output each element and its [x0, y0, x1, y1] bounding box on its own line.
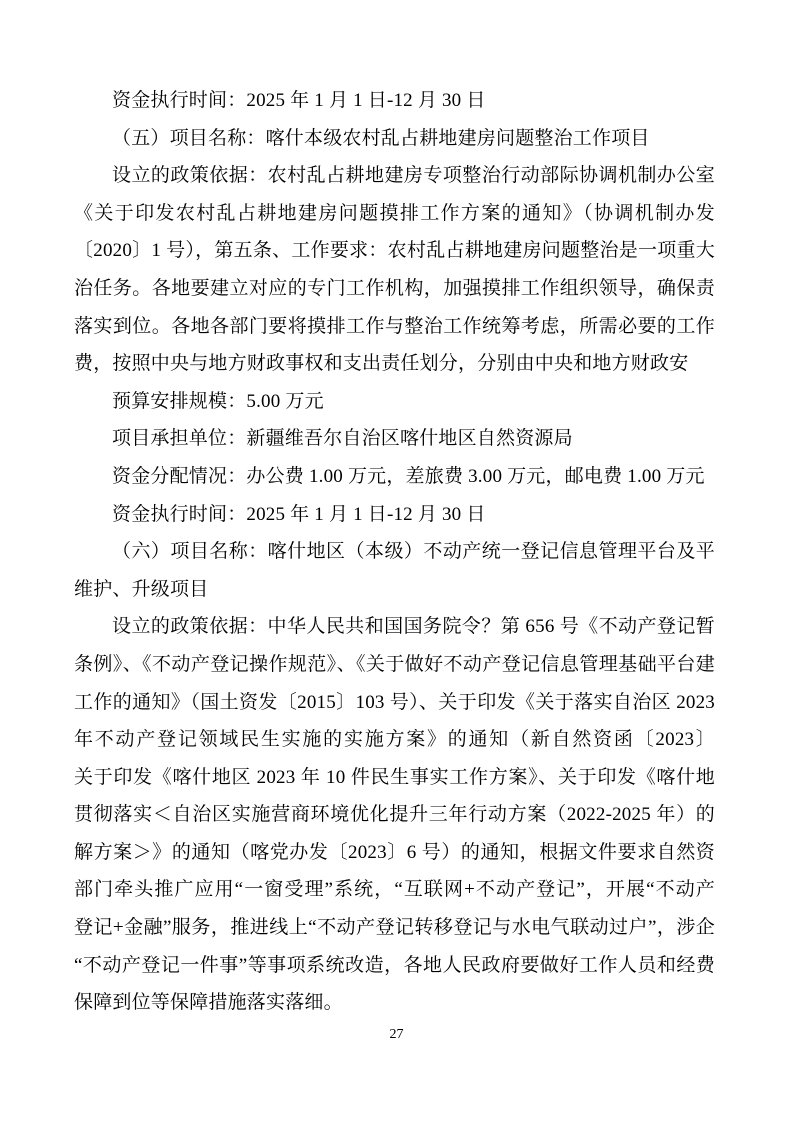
text-line: 设立的政策依据：农村乱占耕地建房专项整治行动部际协调机制办公室: [74, 157, 715, 195]
text-line: 解方案＞》的通知（喀党办发〔2023〕6 号）的通知，根据文件要求自然资源: [74, 834, 715, 872]
text-line: 保障到位等保障措施落实落细。: [74, 984, 715, 1022]
text-line: 登记+金融”服务，推进线上“不动产登记转移登记与水电气联动过户”，涉企: [74, 909, 715, 947]
text-line: 资金分配情况：办公费 1.00 万元，差旅费 3.00 万元，邮电费 1.00 …: [74, 458, 715, 496]
text-line: 维护、升级项目: [74, 571, 715, 609]
text-line: （六）项目名称：喀什地区（本级）不动产统一登记信息管理平台及平台: [74, 533, 715, 571]
text-line: 治任务。各地要建立对应的专门工作机构，加强摸排工作组织领导，确保责任: [74, 270, 715, 308]
text-line: 年不动产登记领域民生实施的实施方案》的通知（新自然资函〔2023〕114）、: [74, 721, 715, 759]
text-line: “不动产登记一件事”等事项系统改造，各地人民政府要做好工作人员和经费: [74, 947, 715, 985]
text-line: 工作的通知》（国土资发〔2015〕103 号）、关于印发《关于落实自治区 202…: [74, 684, 715, 722]
text-line: （五）项目名称：喀什本级农村乱占耕地建房问题整治工作项目: [74, 120, 715, 158]
text-line: 预算安排规模：5.00 万元: [74, 383, 715, 421]
text-line: 费，按照中央与地方财政事权和支出责任划分，分别由中央和地方财政安排。: [74, 345, 715, 383]
document-body: 资金执行时间：2025 年 1 月 1 日-12 月 30 日（五）项目名称：喀…: [74, 82, 715, 1022]
text-line: 落实到位。各地各部门要将摸排工作与整治工作统筹考虑，所需必要的工作经: [74, 308, 715, 346]
text-line: 资金执行时间：2025 年 1 月 1 日-12 月 30 日: [74, 82, 715, 120]
document-page: 资金执行时间：2025 年 1 月 1 日-12 月 30 日（五）项目名称：喀…: [0, 0, 793, 1122]
text-line: 部门牵头推广应用“一窗受理”系统，“互联网+不动产登记”，开展“不动产: [74, 871, 715, 909]
text-line: 项目承担单位：新疆维吾尔自治区喀什地区自然资源局: [74, 420, 715, 458]
text-line: 贯彻落实＜自治区实施营商环境优化提升三年行动方案（2022-2025 年）的分: [74, 796, 715, 834]
text-line: 资金执行时间：2025 年 1 月 1 日-12 月 30 日: [74, 496, 715, 534]
text-line: 条例》、《不动产登记操作规范》、《关于做好不动产登记信息管理基础平台建设: [74, 646, 715, 684]
text-line: 关于印发《喀什地区 2023 年 10 件民生事实工作方案》、关于印发《喀什地区: [74, 759, 715, 797]
text-line: 设立的政策依据：中华人民共和国国务院令？第 656 号《不动产登记暂行: [74, 608, 715, 646]
page-number: 27: [0, 1026, 793, 1044]
text-line: 〔2020〕1 号），第五条、工作要求：农村乱占耕地建房问题整治是一项重大政: [74, 232, 715, 270]
text-line: 《关于印发农村乱占耕地建房问题摸排工作方案的通知》（协调机制办发: [74, 195, 715, 233]
